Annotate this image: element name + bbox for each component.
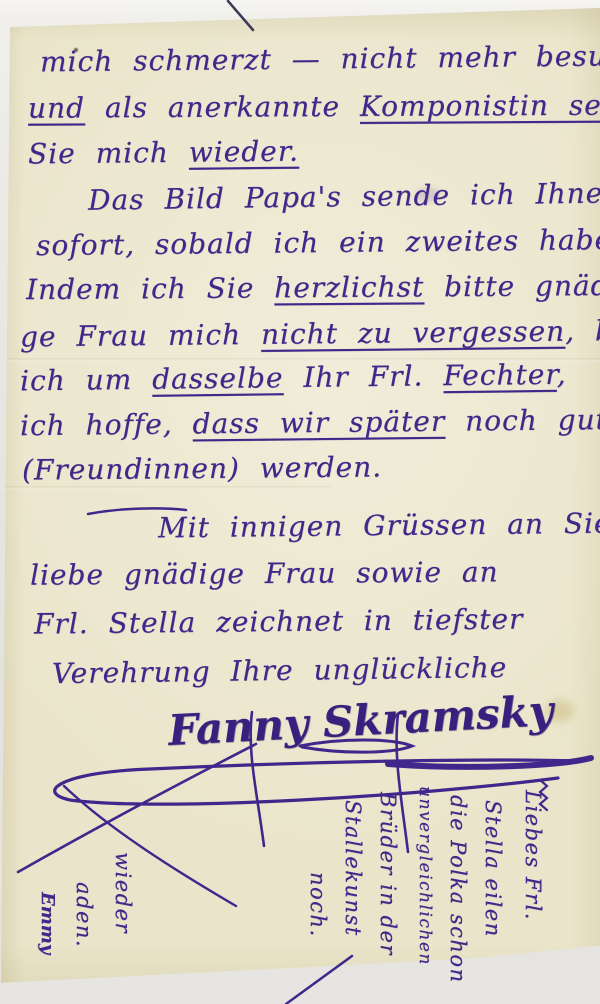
line-text: ge Frau mich bbox=[20, 318, 261, 354]
line-text: Sie mich bbox=[28, 136, 189, 171]
note-text: die Polka schon bbox=[446, 795, 470, 984]
handwriting-line: liebe gnädige Frau sowie an bbox=[30, 555, 499, 591]
vertical-note: noch. bbox=[306, 872, 330, 938]
line-text: (Freundinnen) werden. bbox=[22, 450, 382, 486]
note-text: noch. bbox=[306, 872, 330, 938]
vertical-note: Stella eilen bbox=[481, 800, 505, 938]
note-text: aden. bbox=[72, 882, 96, 948]
line-text: mich schmerzt — nicht mehr besuchen bbox=[40, 39, 600, 79]
note-text: Stallekunst bbox=[341, 800, 365, 937]
line-text: und bbox=[28, 91, 85, 124]
line-text: Indem ich Sie bbox=[26, 271, 274, 306]
fold-crease bbox=[0, 486, 330, 490]
handwriting-line: Sie mich wieder. bbox=[28, 135, 299, 171]
note-text: unvergleichlichen bbox=[415, 786, 435, 966]
line-text: sofort, sobald ich ein zweites habe. bbox=[36, 223, 600, 262]
handwriting-line: Verehrung Ihre unglückliche bbox=[52, 651, 508, 690]
vertical-note: Stallekunst bbox=[341, 800, 365, 937]
line-text: Komponistin bbox=[360, 89, 549, 123]
line-text: , bbox=[556, 358, 566, 391]
line-text: bitte gnädi- bbox=[424, 269, 600, 303]
handwriting-line: ich um dasselbe Ihr Frl. Fechter, bbox=[20, 358, 567, 398]
line-text: dasselbe bbox=[152, 361, 284, 396]
vertical-note: Emmy bbox=[37, 892, 58, 954]
line-text: noch gute bbox=[445, 403, 600, 438]
line-text: Fechter bbox=[443, 358, 557, 392]
handwriting-line: Indem ich Sie herzlichst bitte gnädi- bbox=[26, 269, 600, 306]
line-text: ich um bbox=[20, 363, 152, 398]
handwriting-line: (Freundinnen) werden. bbox=[22, 450, 382, 486]
note-text: wieder bbox=[111, 852, 135, 934]
vertical-note: Brüder in der bbox=[376, 792, 400, 956]
line-text: Frl. Stella zeichnet in tiefster bbox=[34, 602, 524, 640]
handwriting-line: Frl. Stella zeichnet in tiefster bbox=[34, 602, 524, 640]
note-text: Liebes Frl. bbox=[521, 790, 545, 921]
line-text: herzlichst bbox=[274, 270, 424, 304]
handwriting-line: Mit innigen Grüssen an Sie bbox=[158, 507, 600, 545]
line-text: wieder. bbox=[189, 135, 300, 169]
vertical-note: aden. bbox=[72, 882, 96, 948]
vertical-note: Liebes Frl. bbox=[521, 790, 545, 921]
note-text: Brüder in der bbox=[376, 792, 400, 956]
handwriting-line: ge Frau mich nicht zu vergessen, bitte bbox=[20, 314, 600, 354]
vertical-note: wieder bbox=[111, 852, 135, 934]
line-text: sehen bbox=[549, 88, 600, 122]
handwriting-line: sofort, sobald ich ein zweites habe. bbox=[36, 223, 600, 262]
line-text: dass wir später bbox=[192, 405, 445, 441]
vertical-note: unvergleichlichen bbox=[415, 786, 435, 966]
line-text: als anerkannte bbox=[85, 90, 360, 124]
note-text: Emmy bbox=[37, 892, 58, 954]
handwriting-line: ich hoffe, dass wir später noch gute bbox=[20, 403, 600, 442]
scan-background: mich schmerzt — nicht mehr besuchen und … bbox=[0, 0, 600, 1004]
line-text: Mit innigen Grüssen an Sie bbox=[158, 507, 600, 545]
line-text: , bitte bbox=[565, 314, 600, 348]
line-text: Verehrung Ihre unglückliche bbox=[52, 651, 508, 690]
line-text: ich hoffe, bbox=[20, 407, 193, 442]
handwriting-line: und als anerkannte Komponistin sehen bbox=[28, 88, 600, 124]
note-text: Stella eilen bbox=[481, 800, 505, 938]
handwriting-line: mich schmerzt — nicht mehr besuchen bbox=[40, 39, 600, 79]
line-text: liebe gnädige Frau sowie an bbox=[30, 555, 499, 591]
line-text: nicht zu vergessen bbox=[261, 315, 565, 351]
vertical-note: die Polka schon bbox=[446, 795, 470, 984]
line-text: Ihr Frl. bbox=[283, 359, 443, 394]
